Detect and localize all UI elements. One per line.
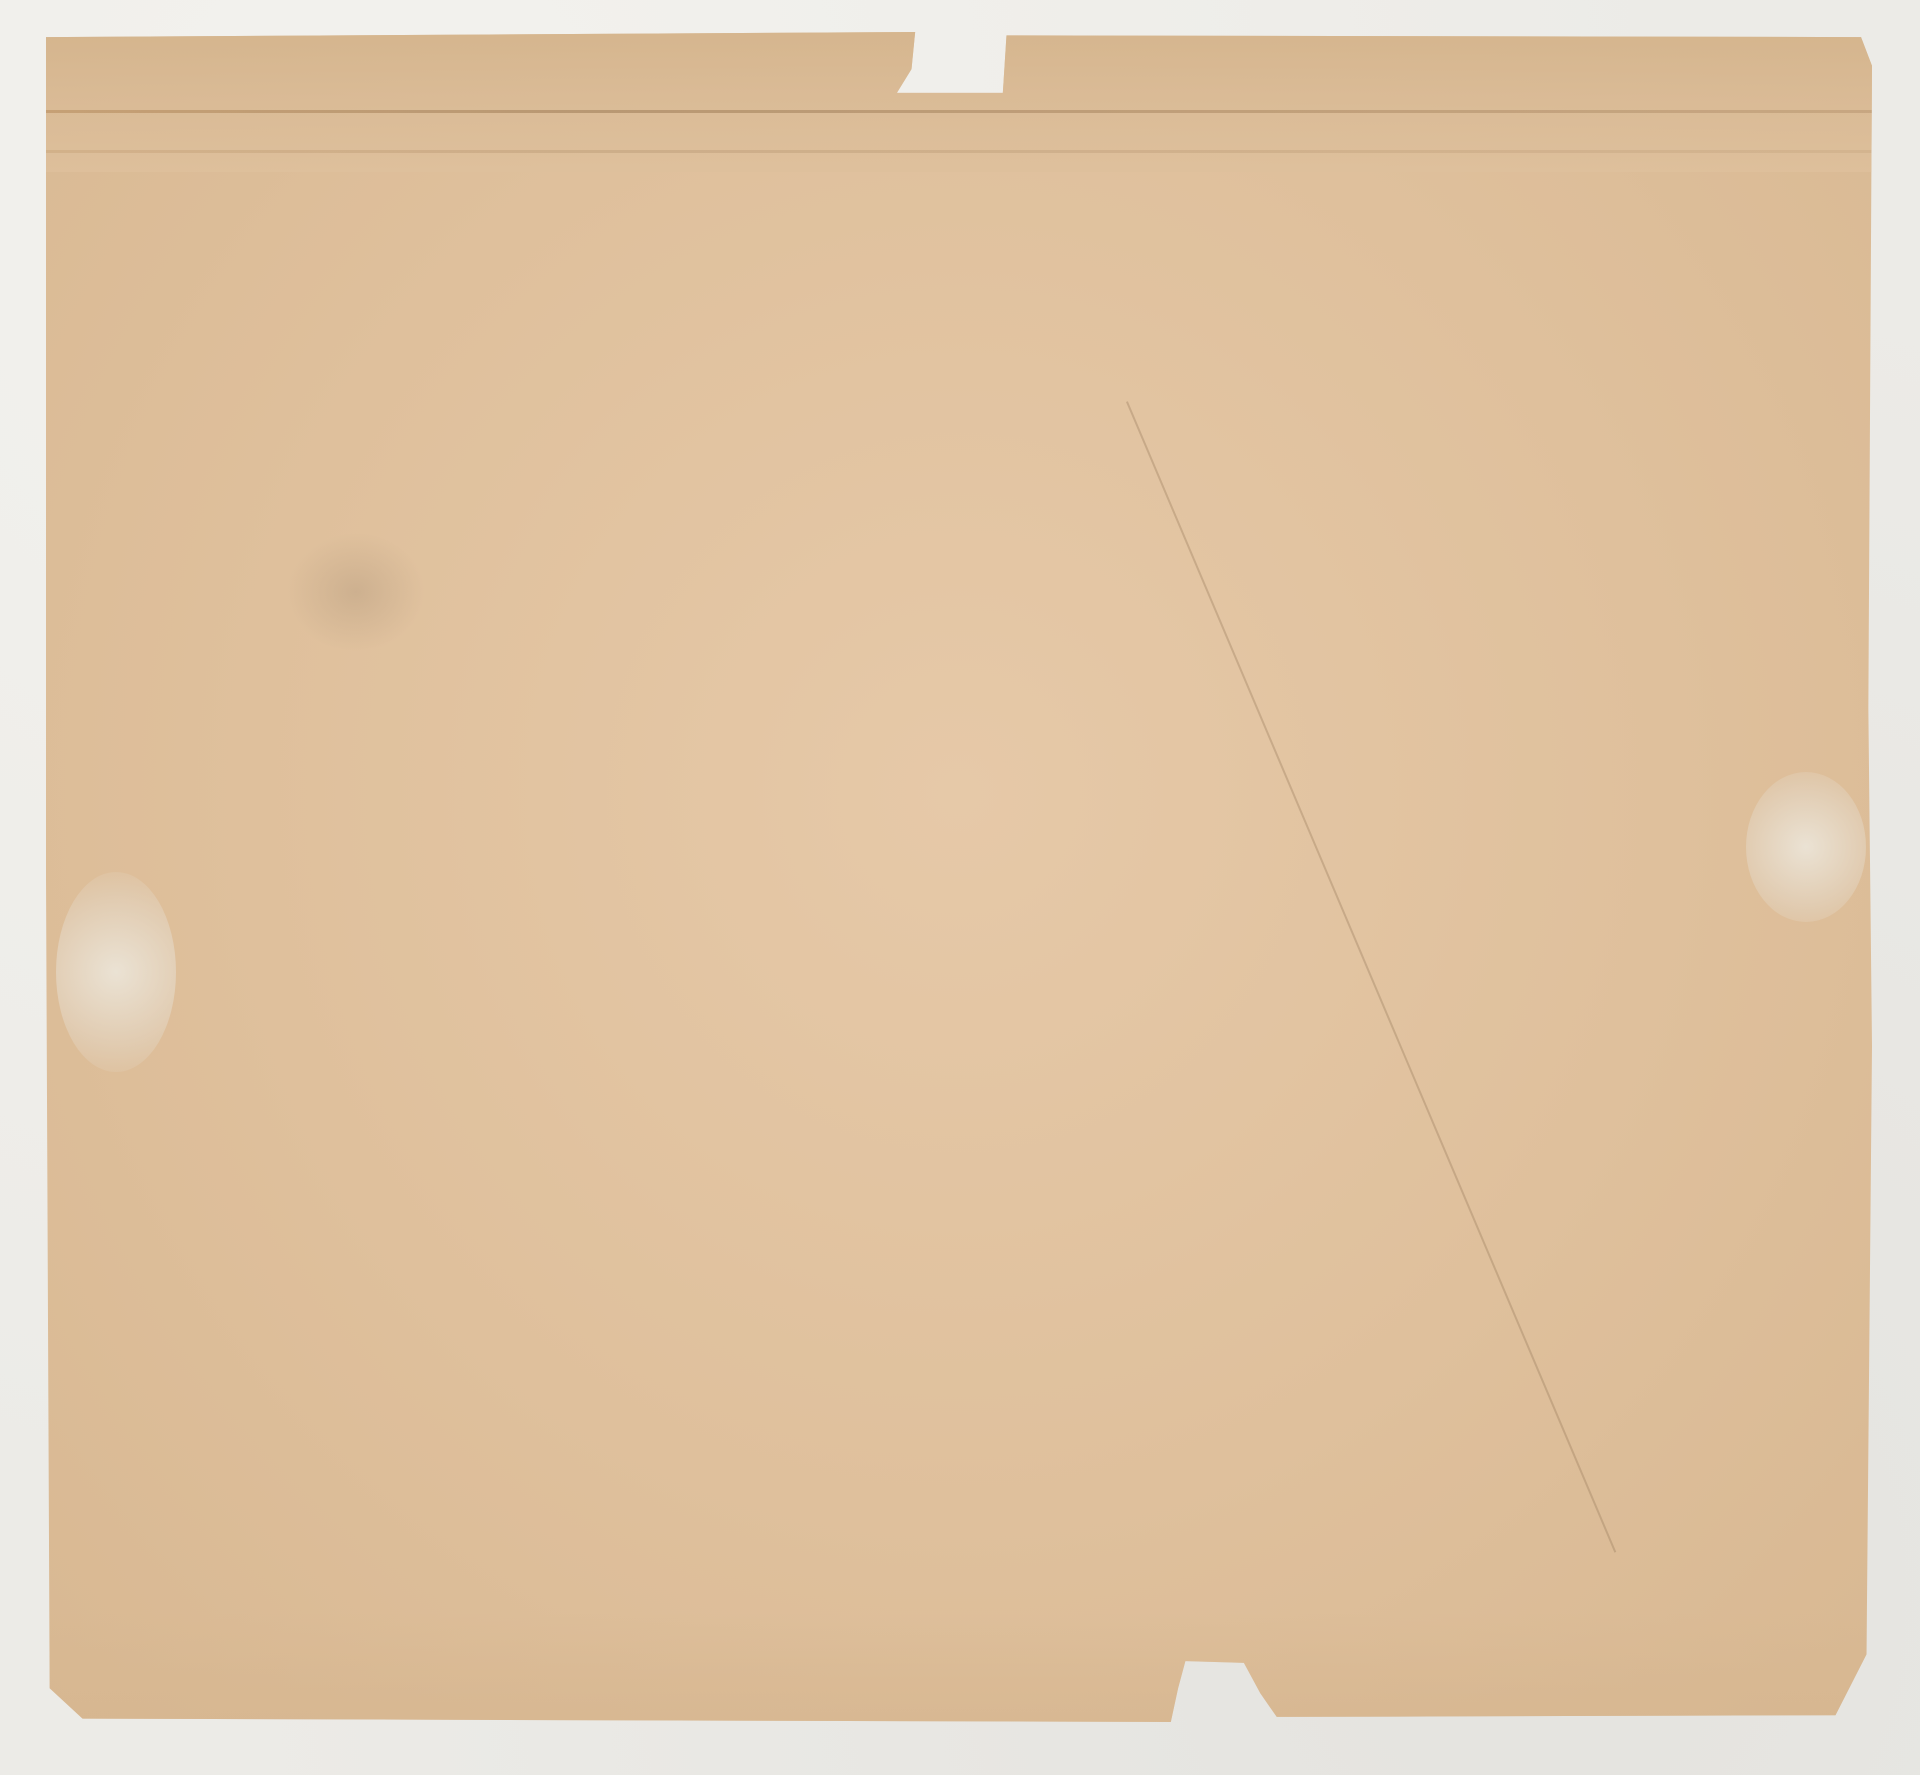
bottom-wear-band [46,1612,1872,1722]
fold-line-secondary [46,150,1872,153]
right-stain [1746,772,1866,922]
aged-paper-sheet [46,32,1872,1722]
left-stain [56,872,176,1072]
fold-line [46,110,1872,113]
diagonal-crease [1126,401,1616,1552]
pencil-smudge [286,532,426,652]
